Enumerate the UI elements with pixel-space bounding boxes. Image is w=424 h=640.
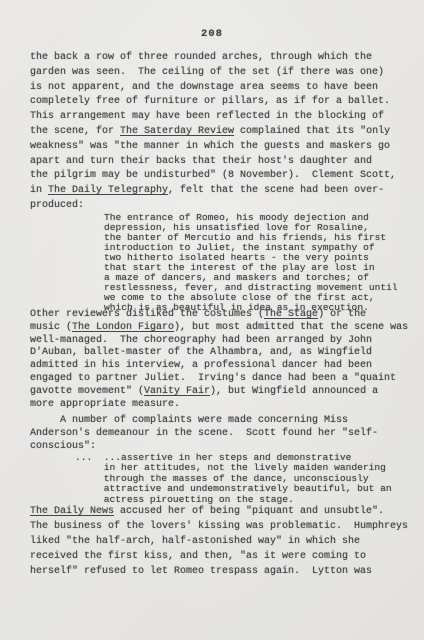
publication-title-daily-telegraphy: The Daily Telegraphy (48, 185, 168, 196)
text-segment: ) or the (318, 309, 366, 320)
text-segment: gavotte movement" ( (30, 386, 144, 397)
text-segment: in (30, 185, 48, 196)
block-quote-scott-review: The entrance of Romeo, his moody dejecti… (104, 213, 398, 313)
body-paragraph-3: A number of complaints were made concern… (30, 414, 378, 453)
text-segment: music ( (30, 322, 72, 333)
body-paragraph-4: The Daily News accused her of being "piq… (30, 504, 408, 579)
text-line: completely free of furniture or pillars,… (30, 95, 396, 110)
text-line: Anderson's demeanour in the scene. Scott… (30, 427, 378, 440)
text-line: the back a row of three rounded arches, … (30, 51, 396, 66)
text-segment: complained that its "only (234, 126, 390, 137)
text-line: D'Auban, ballet-master of the Alhambra, … (30, 347, 408, 360)
text-line: the scene, for The Saterday Review compl… (30, 125, 396, 140)
publication-title-saturday-review: The Saterday Review (120, 126, 234, 137)
body-paragraph-1: the back a row of three rounded arches, … (30, 51, 396, 214)
text-segment: accused her of being "piquant and unsubt… (114, 506, 384, 517)
text-line: music (The London Figaro), but most admi… (30, 322, 408, 335)
text-segment: ), but Wingfield announced a (210, 386, 378, 397)
text-line: well-managed. The choreography had been … (30, 335, 408, 348)
text-line: weakness" was "the manner in which the g… (30, 140, 396, 155)
text-line: The business of the lovers' kissing was … (30, 519, 408, 534)
body-paragraph-2: Other reviewers disliked the costumes (T… (30, 309, 408, 411)
publication-title-the-stage: The Stage (264, 309, 318, 320)
publication-title-london-figaro: The London Figaro (72, 322, 174, 333)
block-quote-anderson-critique: ... ...assertive in her steps and demons… (75, 453, 392, 505)
text-line: engaged to partner Juliet. Irving's danc… (30, 373, 408, 386)
text-segment: , felt that the scene had been over- (168, 185, 384, 196)
text-line: garden was seen. The ceiling of the set … (30, 66, 396, 81)
text-line: A number of complaints were made concern… (30, 414, 378, 427)
text-line: apart and turn their backs that their ho… (30, 155, 396, 170)
text-line: more appropriate measure. (30, 399, 408, 412)
text-line: admitted in his interview, a professiona… (30, 360, 408, 373)
text-line: Other reviewers disliked the costumes (T… (30, 309, 408, 322)
text-line: gavotte movement" (Vanity Fair), but Win… (30, 386, 408, 399)
text-segment: the scene, for (30, 126, 120, 137)
publication-title-daily-news: The Daily News (30, 506, 114, 517)
text-line: The Daily News accused her of being "piq… (30, 504, 408, 519)
text-segment: ), but most admitted that the scene was (174, 322, 408, 333)
text-line: herself" refused to let Romeo trespass a… (30, 564, 408, 579)
scanned-typescript-page: 208 the back a row of three rounded arch… (0, 0, 424, 640)
text-line: This arrangement may have been reflected… (30, 110, 396, 125)
publication-title-vanity-fair: Vanity Fair (144, 386, 210, 397)
text-line: in The Daily Telegraphy, felt that the s… (30, 184, 396, 199)
text-line: is not apparent, and the downstage area … (30, 81, 396, 96)
text-line: received the first kiss, and then, "as i… (30, 549, 408, 564)
text-segment: Other reviewers disliked the costumes ( (30, 309, 264, 320)
page-number: 208 (0, 28, 424, 40)
text-line: the pilgrim may be undisturbed" (8 Novem… (30, 169, 396, 184)
text-line: liked "the half-arch, half-astonished wa… (30, 534, 408, 549)
